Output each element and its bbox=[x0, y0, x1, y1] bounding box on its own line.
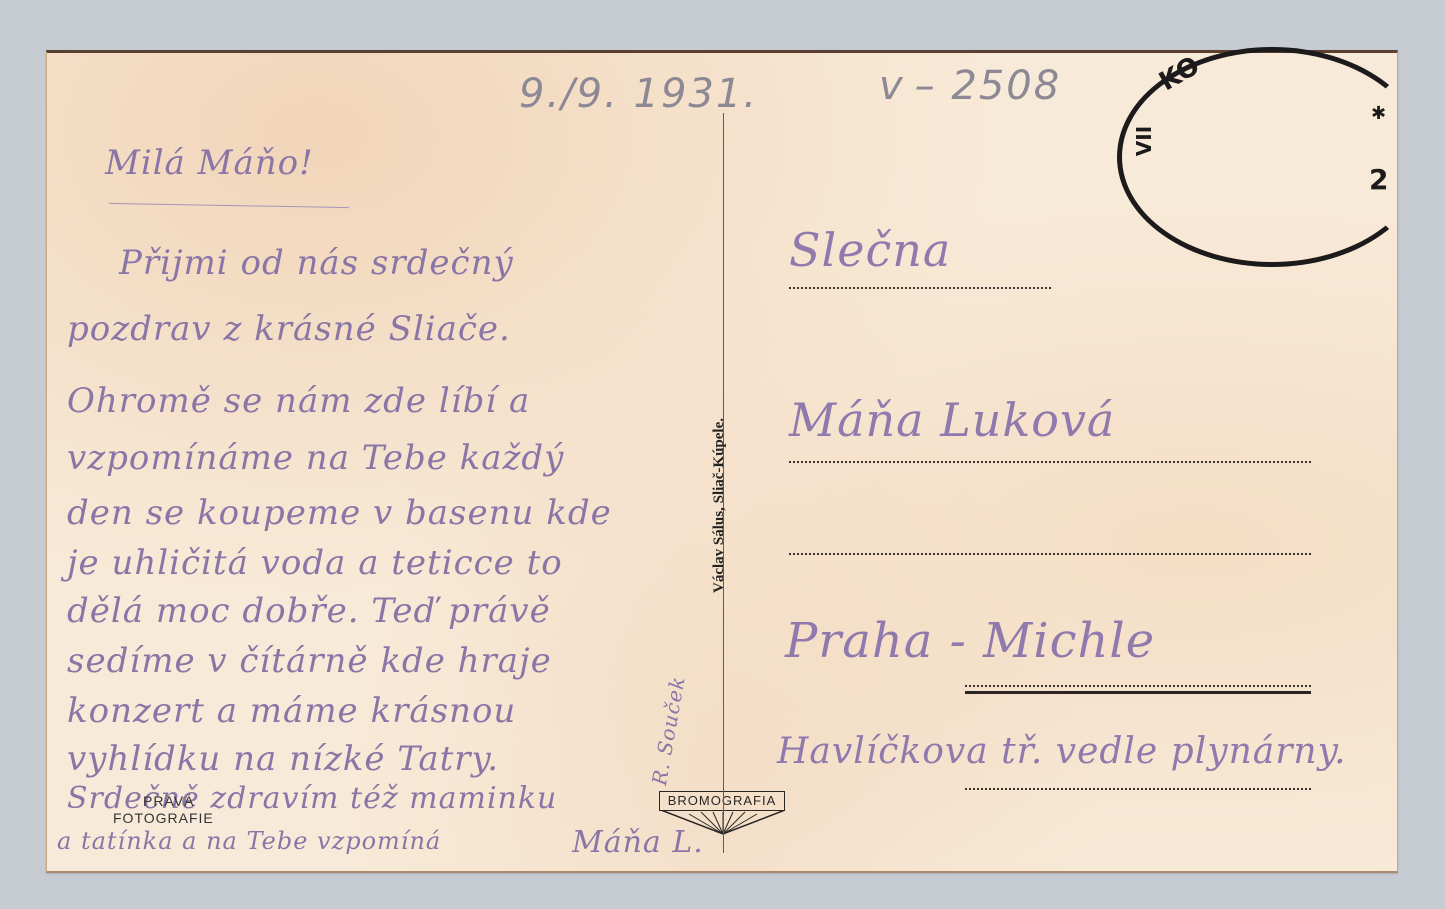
message-line: vyhlídku na nízké Tatry. bbox=[67, 739, 499, 779]
message-line: vzpomínáme na Tebe každý bbox=[67, 438, 564, 478]
greeting-underline bbox=[109, 203, 349, 208]
message-line: je uhličitá voda a teticce to bbox=[67, 543, 563, 583]
address-line-5 bbox=[965, 788, 1311, 790]
message-line: Přijmi od nás srdečný bbox=[119, 243, 514, 283]
address-street: Havlíčkova tř. vedle plynárny. bbox=[777, 731, 1347, 772]
message-line: a tatínka a na Tebe vzpomíná bbox=[57, 827, 441, 855]
publisher-imprint: Václav Sálus, Sliač-Kúpele. bbox=[711, 418, 728, 593]
message-line: konzert a máme krásnou bbox=[67, 691, 516, 731]
postmark-star-icon: ✱ bbox=[1371, 103, 1386, 124]
message-line: dělá moc dobře. Teď právě bbox=[67, 591, 551, 631]
message-line: den se koupeme v basenu kde bbox=[67, 493, 612, 533]
postcard-back: 9./9. 1931. v – 2508 Milá Máňo! Přijmi o… bbox=[46, 50, 1398, 873]
postmark-number: 2 bbox=[1369, 163, 1388, 196]
postmark-text-side: VII bbox=[1132, 126, 1156, 156]
catalog-note: v – 2508 bbox=[879, 63, 1061, 109]
address-city: Praha - Michle bbox=[785, 613, 1155, 669]
message-line: Ohromě se nám zde líbí a bbox=[67, 381, 530, 421]
address-line-3 bbox=[789, 553, 1311, 555]
message-line: pozdrav z krásné Sliače. bbox=[67, 309, 511, 349]
margin-note: R. Souček bbox=[647, 674, 690, 787]
address-title: Slečna bbox=[789, 223, 951, 277]
address-city-underline bbox=[965, 691, 1311, 694]
address-name: Máňa Luková bbox=[789, 393, 1115, 447]
address-line-2 bbox=[789, 461, 1311, 463]
date-note: 9./9. 1931. bbox=[519, 71, 758, 117]
address-line-1 bbox=[789, 287, 1051, 289]
photo-mark-line1: PRAVÁ bbox=[143, 793, 194, 809]
address-line-4 bbox=[965, 685, 1311, 687]
greeting: Milá Máňo! bbox=[105, 143, 314, 183]
photo-mark-line2: FOTOGRAFIE bbox=[113, 810, 214, 826]
message-line: sedíme v čítárně kde hraje bbox=[67, 641, 552, 681]
bromografia-mark: BROMOGRAFIA bbox=[659, 791, 785, 811]
